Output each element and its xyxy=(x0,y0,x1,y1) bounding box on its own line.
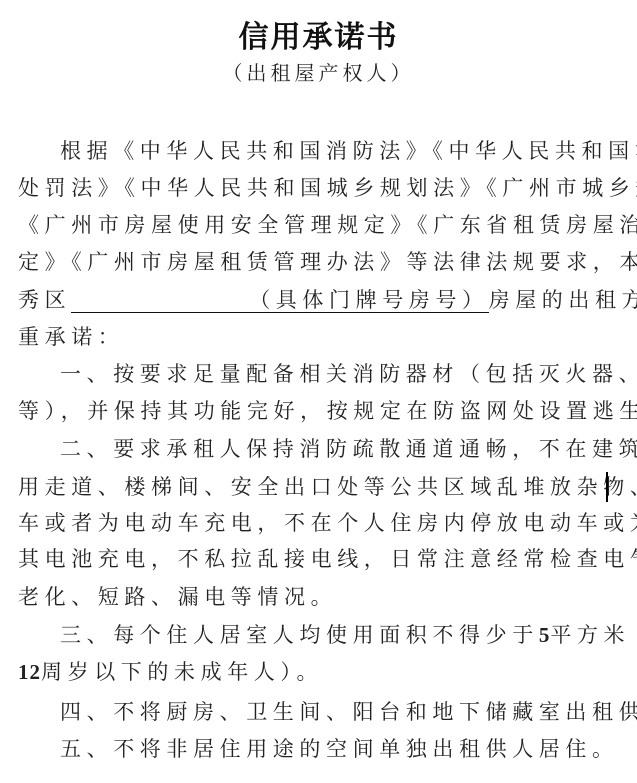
paragraph-line: 五、不将非居住用途的空间单独出租供人居住。 xyxy=(60,734,610,764)
address-blank-hint: （具体门牌号房号） xyxy=(249,288,488,312)
paragraph-line: 重承诺： xyxy=(18,322,610,352)
document-title: 信用承诺书 xyxy=(0,12,637,56)
paragraph-line: 12周岁以下的未成年人）。 xyxy=(18,657,610,687)
paragraph-line: 车或者为电动车充电，不在个人住房内停放电动车或为电动车及 xyxy=(18,508,610,538)
text-cursor xyxy=(606,472,608,502)
area-value: 5 xyxy=(539,623,551,647)
document-subtitle: （出租屋产权人） xyxy=(0,57,637,86)
item3-text: 三、每个住人居室人均使用面积不得少于 xyxy=(60,623,539,647)
paragraph-line: 一、按要求足量配备相关消防器材（包括灭火器、防毒面具 xyxy=(60,359,610,389)
address-suffix: 房屋的出租方，现郑 xyxy=(489,288,637,312)
paragraph-line: 等），并保持其功能完好，按规定在防盗网处设置逃生窗。 xyxy=(18,396,610,426)
paragraph-line: 四、不将厨房、卫生间、阳台和地下储藏室出租供人员居住。 xyxy=(60,697,610,727)
address-fill-in-field[interactable]: （具体门牌号房号） xyxy=(71,288,488,313)
age-value: 12 xyxy=(18,660,41,684)
item3-text: 平方米（不包括 xyxy=(550,623,637,647)
item3-text: 周岁以下的未成年人）。 xyxy=(41,660,323,684)
paragraph-line: 三、每个住人居室人均使用面积不得少于5平方米（不包括 xyxy=(60,620,610,650)
paragraph-line: 《广州市房屋使用安全管理规定》《广东省租赁房屋治安管理规 xyxy=(18,210,610,240)
address-line: 秀区（具体门牌号房号）房屋的出租方，现郑 xyxy=(18,285,610,315)
paragraph-line: 用走道、楼梯间、安全出口处等公共区域乱堆放杂物、停放电动 xyxy=(18,472,610,502)
paragraph-line: 其电池充电，不私拉乱接电线，日常注意经常检查电气线，防止 xyxy=(18,544,610,574)
paragraph-line: 老化、短路、漏电等情况。 xyxy=(18,582,610,612)
paragraph-line: 定》《广州市房屋租赁管理办法》等法律法规要求，本人作为越 xyxy=(18,247,610,277)
address-prefix: 秀区 xyxy=(18,288,71,312)
paragraph-line: 处罚法》《中华人民共和国城乡规划法》《广州市城乡规划条例》 xyxy=(18,173,610,203)
paragraph-line: 根据《中华人民共和国消防法》《中华人民共和国治安管理 xyxy=(60,136,610,166)
paragraph-line: 二、要求承租人保持消防疏散通道通畅，不在建筑物内的共 xyxy=(60,434,610,464)
